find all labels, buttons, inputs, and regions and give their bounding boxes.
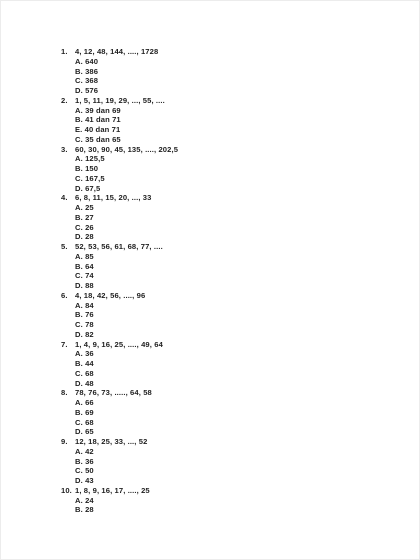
question-number: 1. [61, 47, 75, 57]
answer-option: A. 66 [75, 398, 381, 408]
answer-option: B. 76 [75, 310, 381, 320]
answer-option: D. 576 [75, 86, 381, 96]
question-item: 10. 1, 8, 9, 16, 17, ...., 25 A. 24B. 28 [61, 486, 381, 515]
question-item: 1. 4, 12, 48, 144, ...., 1728 A. 640B. 3… [61, 47, 381, 96]
answer-option: A. 640 [75, 57, 381, 67]
answer-option: B. 150 [75, 164, 381, 174]
answer-option: C. 50 [75, 466, 381, 476]
question-item: 6. 4, 18, 42, 56, ...., 96 A. 84B. 76C. … [61, 291, 381, 340]
options: A. 39 dan 69B. 41 dan 71E. 40 dan 71C. 3… [75, 106, 381, 145]
answer-option: B. 41 dan 71 [75, 115, 381, 125]
question-body: 1, 4, 9, 16, 25, ...., 49, 64 A. 36B. 44… [75, 340, 381, 389]
question-number: 6. [61, 291, 75, 301]
question-text: 6, 8, 11, 15, 20, ..., 33 [75, 193, 381, 203]
options: A. 640B. 386C. 368D. 576 [75, 57, 381, 96]
worksheet-page: 1. 4, 12, 48, 144, ...., 1728 A. 640B. 3… [0, 0, 420, 560]
question-body: 52, 53, 56, 61, 68, 77, .... A. 85B. 64C… [75, 242, 381, 291]
question-number: 4. [61, 193, 75, 203]
answer-option: C. 368 [75, 76, 381, 86]
answer-option: B. 36 [75, 457, 381, 467]
options: A. 24B. 28 [75, 496, 381, 516]
question-item: 7. 1, 4, 9, 16, 25, ...., 49, 64 A. 36B.… [61, 340, 381, 389]
options: A. 25B. 27C. 26D. 28 [75, 203, 381, 242]
question-body: 78, 76, 73, ....., 64, 58 A. 66B. 69C. 6… [75, 388, 381, 437]
question-text: 60, 30, 90, 45, 135, ...., 202,5 [75, 145, 381, 155]
answer-option: B. 69 [75, 408, 381, 418]
options: A. 85B. 64C. 74D. 88 [75, 252, 381, 291]
question-number: 9. [61, 437, 75, 447]
answer-option: D. 28 [75, 232, 381, 242]
question-body: 4, 12, 48, 144, ...., 1728 A. 640B. 386C… [75, 47, 381, 96]
question-number: 7. [61, 340, 75, 350]
answer-option: D. 88 [75, 281, 381, 291]
answer-option: A. 125,5 [75, 154, 381, 164]
answer-option: B. 386 [75, 67, 381, 77]
question-item: 3. 60, 30, 90, 45, 135, ...., 202,5 A. 1… [61, 145, 381, 194]
question-item: 8. 78, 76, 73, ....., 64, 58 A. 66B. 69C… [61, 388, 381, 437]
answer-option: C. 26 [75, 223, 381, 233]
answer-option: A. 24 [75, 496, 381, 506]
answer-option: B. 27 [75, 213, 381, 223]
answer-option: C. 78 [75, 320, 381, 330]
question-body: 1, 8, 9, 16, 17, ...., 25 A. 24B. 28 [75, 486, 381, 515]
question-number: 5. [61, 242, 75, 252]
question-text: 1, 5, 11, 19, 29, ..., 55, .... [75, 96, 381, 106]
answer-option: C. 167,5 [75, 174, 381, 184]
question-list: 1. 4, 12, 48, 144, ...., 1728 A. 640B. 3… [61, 47, 381, 515]
question-body: 4, 18, 42, 56, ...., 96 A. 84B. 76C. 78D… [75, 291, 381, 340]
answer-option: A. 84 [75, 301, 381, 311]
answer-option: D. 82 [75, 330, 381, 340]
question-number: 3. [61, 145, 75, 155]
question-text: 4, 12, 48, 144, ...., 1728 [75, 47, 381, 57]
options: A. 42B. 36C. 50D. 43 [75, 447, 381, 486]
question-item: 9. 12, 18, 25, 33, ..., 52 A. 42B. 36C. … [61, 437, 381, 486]
question-body: 1, 5, 11, 19, 29, ..., 55, .... A. 39 da… [75, 96, 381, 145]
question-item: 2. 1, 5, 11, 19, 29, ..., 55, .... A. 39… [61, 96, 381, 145]
answer-option: A. 85 [75, 252, 381, 262]
answer-option: C. 74 [75, 271, 381, 281]
answer-option: B. 28 [75, 505, 381, 515]
options: A. 84B. 76C. 78D. 82 [75, 301, 381, 340]
question-text: 78, 76, 73, ....., 64, 58 [75, 388, 381, 398]
question-text: 52, 53, 56, 61, 68, 77, .... [75, 242, 381, 252]
question-number: 8. [61, 388, 75, 398]
answer-option: C. 68 [75, 418, 381, 428]
question-body: 6, 8, 11, 15, 20, ..., 33 A. 25B. 27C. 2… [75, 193, 381, 242]
question-item: 5. 52, 53, 56, 61, 68, 77, .... A. 85B. … [61, 242, 381, 291]
answer-option: B. 44 [75, 359, 381, 369]
answer-option: A. 36 [75, 349, 381, 359]
question-item: 4. 6, 8, 11, 15, 20, ..., 33 A. 25B. 27C… [61, 193, 381, 242]
options: A. 125,5B. 150C. 167,5D. 67,5 [75, 154, 381, 193]
answer-option: C. 35 dan 65 [75, 135, 381, 145]
answer-option: C. 68 [75, 369, 381, 379]
answer-option: A. 42 [75, 447, 381, 457]
question-text: 4, 18, 42, 56, ...., 96 [75, 291, 381, 301]
answer-option: D. 48 [75, 379, 381, 389]
options: A. 66B. 69C. 68D. 65 [75, 398, 381, 437]
answer-option: D. 43 [75, 476, 381, 486]
question-text: 1, 4, 9, 16, 25, ...., 49, 64 [75, 340, 381, 350]
answer-option: D. 65 [75, 427, 381, 437]
question-number: 10. [61, 486, 75, 496]
question-text: 12, 18, 25, 33, ..., 52 [75, 437, 381, 447]
answer-option: A. 25 [75, 203, 381, 213]
question-body: 60, 30, 90, 45, 135, ...., 202,5 A. 125,… [75, 145, 381, 194]
answer-option: D. 67,5 [75, 184, 381, 194]
answer-option: A. 39 dan 69 [75, 106, 381, 116]
options: A. 36B. 44C. 68D. 48 [75, 349, 381, 388]
question-body: 12, 18, 25, 33, ..., 52 A. 42B. 36C. 50D… [75, 437, 381, 486]
answer-option: B. 64 [75, 262, 381, 272]
question-number: 2. [61, 96, 75, 106]
question-text: 1, 8, 9, 16, 17, ...., 25 [75, 486, 381, 496]
answer-option: E. 40 dan 71 [75, 125, 381, 135]
